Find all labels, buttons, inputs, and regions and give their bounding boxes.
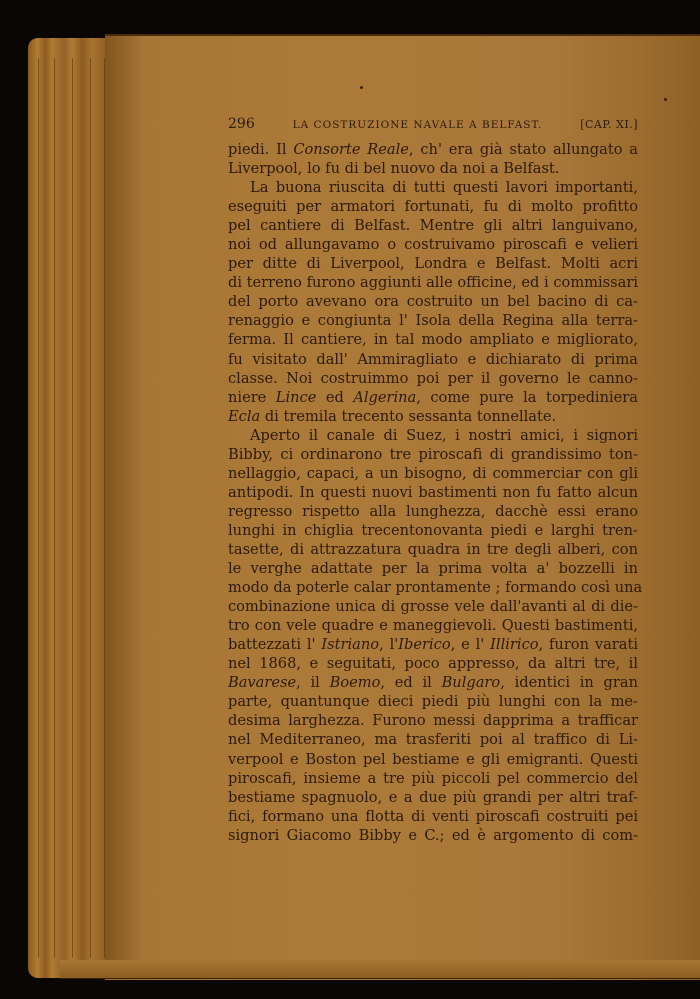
text-run: fu visitato dall' Ammiragliato e dichiar… xyxy=(228,351,638,368)
text-line: lunghi in chiglia trecentonovanta piedi … xyxy=(228,521,638,540)
text-run: ed xyxy=(316,389,353,406)
page-stack-edge xyxy=(28,38,108,978)
text-run: combinazione unica di grosse vele dall'a… xyxy=(228,598,638,615)
text-run: desima larghezza. Furono messi dapprima … xyxy=(228,712,638,729)
page-text: 296 LA COSTRUZIONE NAVALE A BELFAST. [CA… xyxy=(228,116,638,845)
text-line: fu visitato dall' Ammiragliato e dichiar… xyxy=(228,350,638,369)
text-run: le verghe adattate per la prima volta a'… xyxy=(228,560,638,577)
text-run: tasette, di attrazzatura quadra in tre d… xyxy=(228,541,638,558)
text-run: per ditte di Liverpool, Londra e Belfast… xyxy=(228,255,638,272)
text-run: modo da poterle calar prontamente ; form… xyxy=(228,579,642,596)
italic-text: Lince xyxy=(276,389,317,406)
text-run: ferma. Il cantiere, in tal modo ampliato… xyxy=(228,331,638,348)
text-run: battezzati l' xyxy=(228,636,321,653)
text-line: modo da poterle calar prontamente ; form… xyxy=(228,578,638,597)
text-line: tasette, di attrazzatura quadra in tre d… xyxy=(228,540,638,559)
running-title: LA COSTRUZIONE NAVALE A BELFAST. xyxy=(293,119,543,131)
text-run: , l' xyxy=(379,636,398,653)
text-run: di terreno furono aggiunti alle officine… xyxy=(228,274,638,291)
text-run: renaggio e congiunta l' Isola della Regi… xyxy=(228,312,638,329)
text-line: di terreno furono aggiunti alle officine… xyxy=(228,273,638,292)
text-line: La buona riuscita di tutti questi lavori… xyxy=(228,178,638,197)
text-line: Bavarese, il Boemo, ed il Bulgaro, ident… xyxy=(228,673,638,692)
text-line: noi od allungavamo o costruivamo pirosca… xyxy=(228,235,638,254)
text-run: antipodi. In questi nuovi bastimenti non… xyxy=(228,484,638,501)
text-run: piroscafi, insieme a tre più piccoli pel… xyxy=(228,770,638,787)
text-line: Ecla di tremila trecento sessanta tonnel… xyxy=(228,407,638,426)
text-line: piedi. Il Consorte Reale, ch' era già st… xyxy=(228,140,638,159)
page-number: 296 xyxy=(228,116,255,132)
text-line: battezzati l' Istriano, l'Iberico, e l' … xyxy=(228,635,638,654)
text-run: niere xyxy=(228,389,276,406)
text-run: , il xyxy=(296,674,329,691)
text-line: le verghe adattate per la prima volta a'… xyxy=(228,559,638,578)
text-run: nel 1868, e seguitati, poco appresso, da… xyxy=(228,655,638,672)
text-line: regresso rispetto alla lunghezza, dacchè… xyxy=(228,502,638,521)
text-line: niere Lince ed Algerina, come pure la to… xyxy=(228,388,638,407)
italic-text: Bavarese xyxy=(228,674,296,691)
text-run: , e l' xyxy=(451,636,491,653)
text-run: parte, quantunque dieci piedi più lunghi… xyxy=(228,693,638,710)
text-line: classe. Noi costruimmo poi per il govern… xyxy=(228,369,638,388)
text-run: , ed il xyxy=(380,674,441,691)
gutter-shadow xyxy=(105,34,145,978)
speck xyxy=(360,86,363,89)
text-line: Aperto il canale di Suez, i nostri amici… xyxy=(228,426,638,445)
text-run: fici, formano una flotta di venti pirosc… xyxy=(228,808,638,825)
italic-text: Illirico xyxy=(490,636,538,653)
chapter-label: [CAP. XI.] xyxy=(580,118,638,131)
text-run: Bibby, ci ordinarono tre piroscafi di gr… xyxy=(228,446,638,463)
text-line: desima larghezza. Furono messi dapprima … xyxy=(228,711,638,730)
text-run: bestiame spagnuolo, e a due più grandi p… xyxy=(228,789,638,806)
italic-text: Consorte Reale xyxy=(293,141,409,158)
italic-text: Ecla xyxy=(228,408,260,425)
text-run: verpool e Boston pel bestiame e gli emig… xyxy=(228,751,638,768)
text-run: lunghi in chiglia trecentonovanta piedi … xyxy=(228,522,638,539)
text-line: Liverpool, lo fu di bel nuovo da noi a B… xyxy=(228,159,638,178)
text-run: Aperto il canale di Suez, i nostri amici… xyxy=(250,427,638,444)
text-run: del porto avevano ora costruito un bel b… xyxy=(228,293,638,310)
text-line: pel cantiere di Belfast. Mentre gli altr… xyxy=(228,216,638,235)
text-line: piroscafi, insieme a tre più piccoli pel… xyxy=(228,769,638,788)
text-run: signori Giacomo Bibby e C.; ed è argomen… xyxy=(228,827,638,844)
text-run: tro con vele quadre e maneggievoli. Ques… xyxy=(228,617,638,634)
text-run: regresso rispetto alla lunghezza, dacchè… xyxy=(228,503,638,520)
text-run: , ch' era già stato allungato a xyxy=(409,141,638,158)
text-run: , come pure la torpediniera xyxy=(416,389,638,406)
italic-text: Boemo xyxy=(330,674,381,691)
text-line: antipodi. In questi nuovi bastimenti non… xyxy=(228,483,638,502)
text-run: nellaggio, capaci, a un bisogno, di comm… xyxy=(228,465,638,482)
text-line: Bibby, ci ordinarono tre piroscafi di gr… xyxy=(228,445,638,464)
text-run: eseguiti per armatori fortunati, fu di m… xyxy=(228,198,638,215)
italic-text: Istriano xyxy=(321,636,379,653)
text-line: nel Mediterraneo, ma trasferiti poi al t… xyxy=(228,730,638,749)
text-line: tro con vele quadre e maneggievoli. Ques… xyxy=(228,616,638,635)
text-line: verpool e Boston pel bestiame e gli emig… xyxy=(228,750,638,769)
text-line: del porto avevano ora costruito un bel b… xyxy=(228,292,638,311)
text-run: piedi. Il xyxy=(228,141,293,158)
text-line: nel 1868, e seguitati, poco appresso, da… xyxy=(228,654,638,673)
italic-text: Bulgaro xyxy=(442,674,501,691)
page-bottom-edge xyxy=(60,960,700,979)
text-run: nel Mediterraneo, ma trasferiti poi al t… xyxy=(228,731,638,748)
text-line: per ditte di Liverpool, Londra e Belfast… xyxy=(228,254,638,273)
running-head: 296 LA COSTRUZIONE NAVALE A BELFAST. [CA… xyxy=(228,116,638,138)
text-line: ferma. Il cantiere, in tal modo ampliato… xyxy=(228,330,638,349)
text-line: parte, quantunque dieci piedi più lunghi… xyxy=(228,692,638,711)
text-line: bestiame spagnuolo, e a due più grandi p… xyxy=(228,788,638,807)
text-line: combinazione unica di grosse vele dall'a… xyxy=(228,597,638,616)
text-line: signori Giacomo Bibby e C.; ed è argomen… xyxy=(228,826,638,845)
text-line: fici, formano una flotta di venti pirosc… xyxy=(228,807,638,826)
text-run: La buona riuscita di tutti questi lavori… xyxy=(250,179,638,196)
speck xyxy=(664,98,667,101)
italic-text: Iberico xyxy=(398,636,450,653)
text-run: , furon varati xyxy=(539,636,638,653)
text-run: , identici in gran xyxy=(500,674,638,691)
text-run: di tremila trecento sessanta tonnellate. xyxy=(260,408,556,425)
text-line: eseguiti per armatori fortunati, fu di m… xyxy=(228,197,638,216)
text-run: noi od allungavamo o costruivamo pirosca… xyxy=(228,236,638,253)
text-line: nellaggio, capaci, a un bisogno, di comm… xyxy=(228,464,638,483)
text-run: pel cantiere di Belfast. Mentre gli altr… xyxy=(228,217,638,234)
text-line: renaggio e congiunta l' Isola della Regi… xyxy=(228,311,638,330)
text-run: classe. Noi costruimmo poi per il govern… xyxy=(228,370,638,387)
italic-text: Algerina xyxy=(353,389,416,406)
body-text: piedi. Il Consorte Reale, ch' era già st… xyxy=(228,140,638,845)
text-run: Liverpool, lo fu di bel nuovo da noi a B… xyxy=(228,160,559,177)
